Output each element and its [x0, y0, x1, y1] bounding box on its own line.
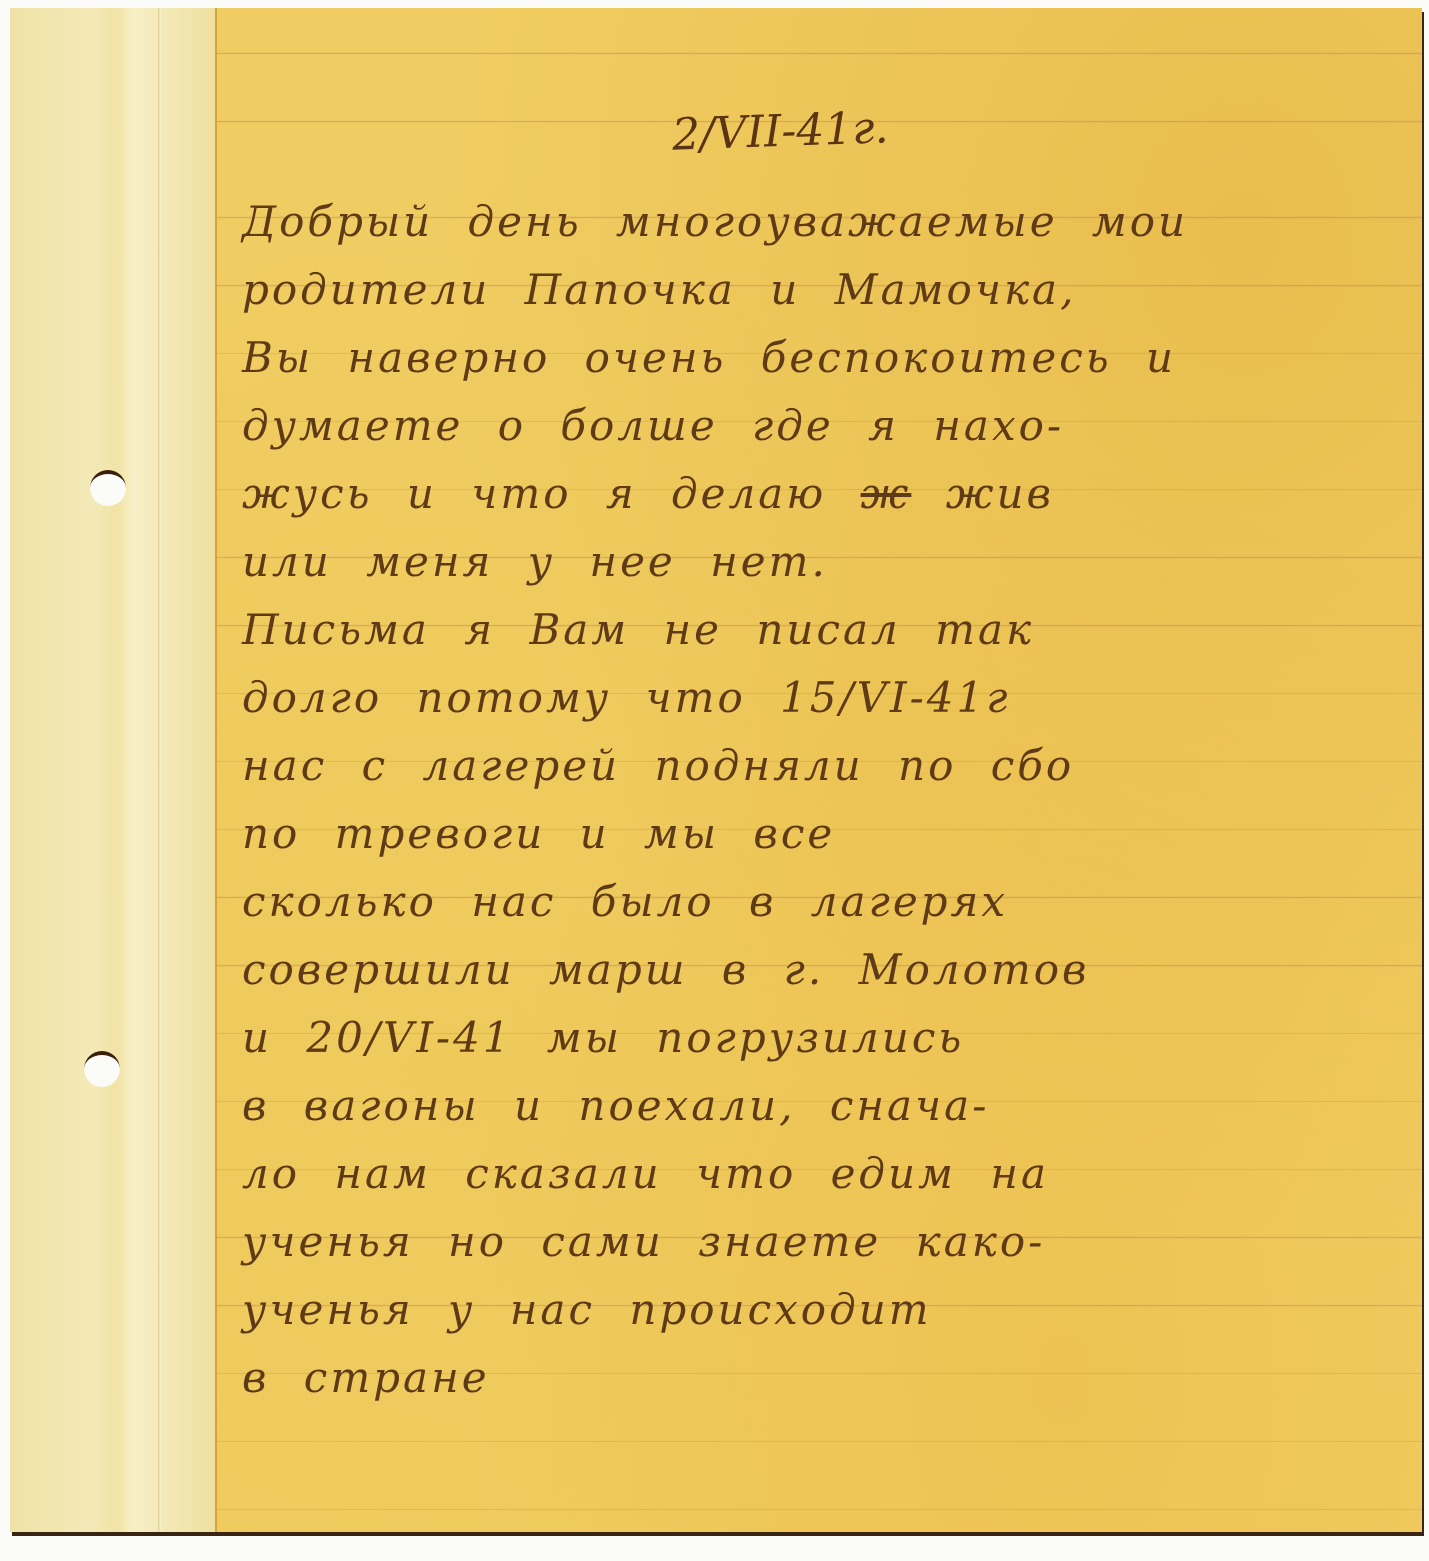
letter-line: жусь и что я делаю ж жив	[242, 460, 1392, 528]
letter-line: долго потому что 15/VI-41г	[242, 664, 1392, 732]
letter-line: и 20/VI-41 мы погрузились	[242, 1004, 1392, 1072]
letter-line: ученья но сами знаете како-	[242, 1208, 1392, 1276]
struck-word: ж	[861, 469, 912, 518]
letter-line: или меня у нее нет.	[242, 528, 1392, 596]
punch-hole-top	[90, 470, 126, 506]
letter-line: Письма я Вам не писал так	[242, 596, 1392, 664]
letter-line: в стране	[242, 1344, 1392, 1412]
letter-line: сколько нас было в лагерях	[242, 868, 1392, 936]
letter-body: Добрый день многоуважаемые мои родители …	[242, 188, 1392, 1412]
letter-line: ученья у нас происходит	[242, 1276, 1392, 1344]
letter-line: нас с лагерей подняли по сбо	[242, 732, 1392, 800]
letter-date: 2/VII-41г.	[671, 102, 889, 161]
binding-strip	[10, 8, 215, 1532]
letter-line: в вагоны и поехали, снача-	[242, 1072, 1392, 1140]
letter-page: 2/VII-41г. Добрый день многоуважаемые мо…	[215, 8, 1422, 1532]
letter-line: думаете о болше где я нахо-	[242, 392, 1392, 460]
line-text-end: жив	[946, 469, 1054, 518]
letter-line: совершили марш в г. Молотов	[242, 936, 1392, 1004]
fold-line	[158, 8, 161, 1532]
letter-sheet: 2/VII-41г. Добрый день многоуважаемые мо…	[10, 8, 1422, 1532]
punch-hole-bottom	[84, 1051, 120, 1087]
letter-line: ло нам сказали что едим на	[242, 1140, 1392, 1208]
letter-line: Вы наверно очень беспокоитесь и	[242, 324, 1392, 392]
letter-line: Добрый день многоуважаемые мои	[242, 188, 1392, 256]
letter-line: по тревоги и мы все	[242, 800, 1392, 868]
letter-line: родители Папочка и Мамочка,	[242, 256, 1392, 324]
line-text: жусь и что я делаю	[242, 469, 826, 518]
